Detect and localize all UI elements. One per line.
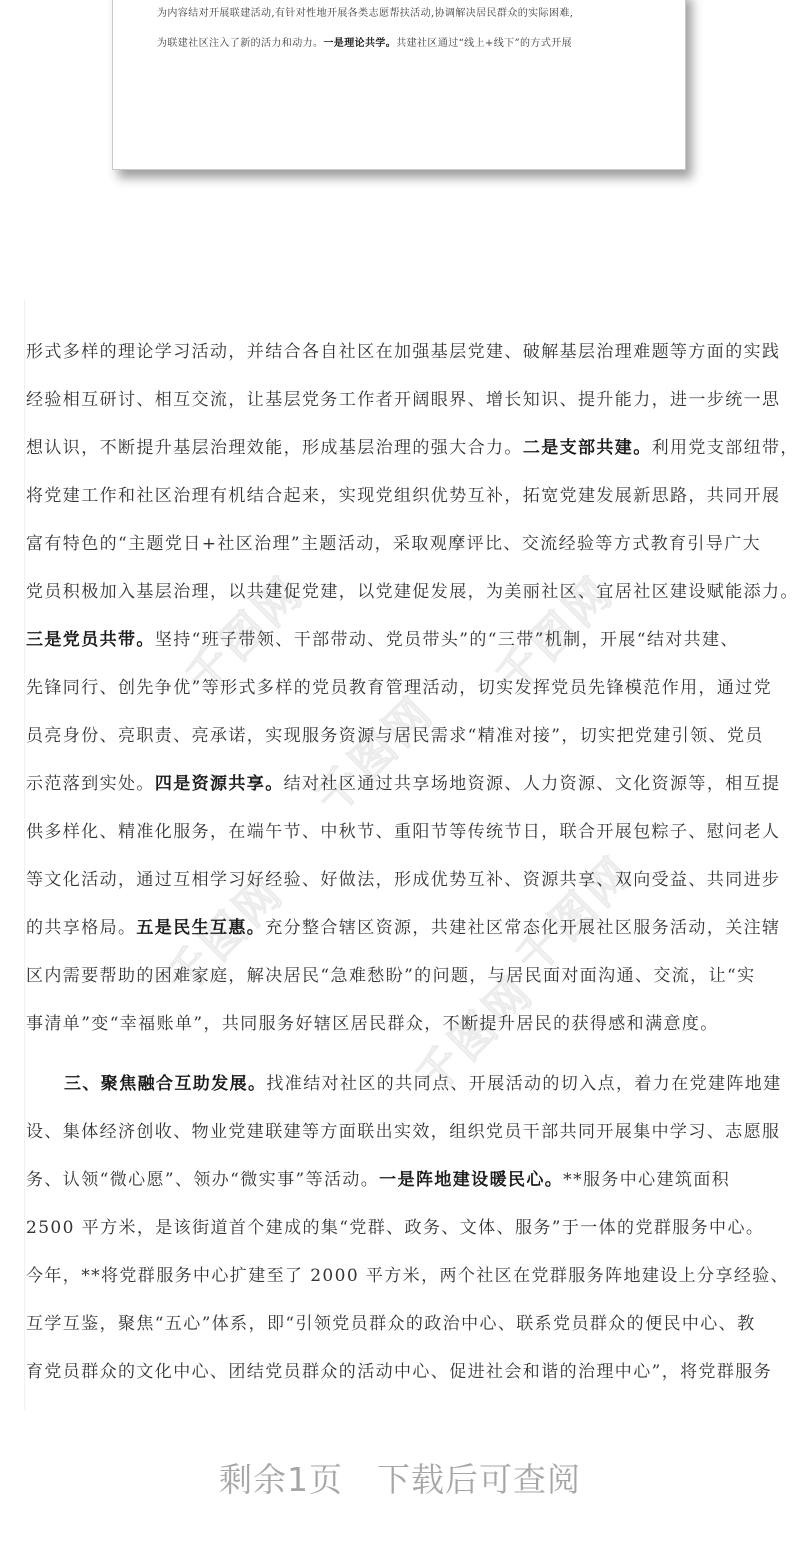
line-text: 区内需要帮助的困难家庭，解决居民“急难愁盼”的问题，与居民面对面沟通、交流，让“… bbox=[26, 966, 755, 986]
preview-line-2: 为联建社区注入了新的活力和动力。一是理论共学。共建社区通过“线上+线下”的方式开… bbox=[157, 37, 657, 51]
line-text: 供多样化、精准化服务，在端午节、中秋节、重阳节等传统节日，联合开展包粽子、慰问老… bbox=[26, 822, 780, 842]
line-text: 的共享格局。 bbox=[26, 918, 136, 938]
line-text: 务、认领“微心愿”、领办“微实事”等活动。 bbox=[26, 1170, 379, 1190]
paragraph-line: 供多样化、精准化服务，在端午节、中秋节、重阳节等传统节日，联合开展包粽子、慰问老… bbox=[26, 820, 780, 844]
subheading-bold: 四是资源共享。 bbox=[155, 774, 284, 794]
subheading-bold: 三是党员共带。 bbox=[26, 630, 155, 650]
remaining-pages-label: 剩余1页 bbox=[219, 1460, 343, 1499]
paragraph-line: 互学互鉴，聚焦“五心”体系，即“引领党员群众的政治中心、联系党员群众的便民中心、… bbox=[26, 1312, 755, 1336]
line-text: 示范落到实处。 bbox=[26, 774, 155, 794]
line-text: 富有特色的“主题党日+社区治理”主题活动，采取观摩评比、交流经验等方式教育引导广… bbox=[26, 534, 761, 554]
paragraph-line: 区内需要帮助的困难家庭，解决居民“急难愁盼”的问题，与居民面对面沟通、交流，让“… bbox=[26, 964, 755, 988]
preview-line-1-text: 为内容结对开展联建活动,有针对性地开展各类志愿帮扶活动,协调解决居民群众的实际困… bbox=[157, 8, 573, 19]
paragraph-line: 党员积极加入基层治理，以共建促党建，以党建促发展，为美丽社区、宜居社区建设赋能添… bbox=[26, 580, 799, 604]
paragraph-line: 富有特色的“主题党日+社区治理”主题活动，采取观摩评比、交流经验等方式教育引导广… bbox=[26, 532, 761, 556]
preview-line-2-heading: 一是理论共学。 bbox=[323, 38, 396, 49]
paragraph-line: 设、集体经济创收、物业党建联建等方面联出实效，组织党员干部共同开展集中学习、志愿… bbox=[26, 1120, 780, 1144]
line-text: 育党员群众的文化中心、团结党员群众的活动中心、促进社会和谐的治理中心”，将党群服… bbox=[26, 1362, 772, 1382]
line-text: **服务中心建筑面积 bbox=[563, 1170, 730, 1190]
line-text: 经验相互研讨、相互交流，让基层党务工作者开阔眼界、增长知识、提升能力，进一步统一… bbox=[26, 390, 780, 410]
subheading-bold: 五是民生互惠。 bbox=[136, 918, 265, 938]
document-page bbox=[24, 300, 777, 1410]
preview-page-card: 为内容结对开展联建活动,有针对性地开展各类志愿帮扶活动,协调解决居民群众的实际困… bbox=[112, 0, 686, 170]
line-text: 找准结对社区的共同点、开展活动的切入点，着力在党建阵地建 bbox=[266, 1074, 781, 1094]
download-prompt[interactable]: 剩余1页下载后可查阅 bbox=[0, 1458, 800, 1502]
line-text: 互学互鉴，聚焦“五心”体系，即“引领党员群众的政治中心、联系党员群众的便民中心、… bbox=[26, 1314, 755, 1334]
paragraph-line: 今年，**将党群服务中心扩建至了 2000 平方米，两个社区在党群服务阵地建设上… bbox=[26, 1264, 789, 1288]
preview-line-2-text-b: 共建社区通过“线上+线下”的方式开展 bbox=[396, 38, 572, 49]
line-text: 2500 平方米，是该街道首个建成的集“党群、政务、文体、服务”于一体的党群服务… bbox=[26, 1218, 764, 1238]
paragraph-line: 形式多样的理论学习活动，并结合各自社区在加强基层党建、破解基层治理难题等方面的实… bbox=[26, 340, 780, 364]
download-to-view-label[interactable]: 下载后可查阅 bbox=[377, 1460, 581, 1499]
paragraph-line: 务、认领“微心愿”、领办“微实事”等活动。一是阵地建设暖民心。**服务中心建筑面… bbox=[26, 1168, 730, 1192]
paragraph-line: 经验相互研讨、相互交流，让基层党务工作者开阔眼界、增长知识、提升能力，进一步统一… bbox=[26, 388, 780, 412]
line-text: 员亮身份、亮职责、亮承诺，实现服务资源与居民需求“精准对接”，切实把党建引领、党… bbox=[26, 726, 764, 746]
line-text: 利用党支部纽带， bbox=[652, 438, 799, 458]
paragraph-line: 事清单”变“幸福账单”，共同服务好辖区居民群众，不断提升居民的获得感和满意度。 bbox=[26, 1012, 719, 1036]
paragraph-line: 想认识，不断提升基层治理效能，形成基层治理的强大合力。二是支部共建。利用党支部纽… bbox=[26, 436, 799, 460]
line-text: 将党建工作和社区治理有机结合起来，实现党组织优势互补，拓宽党建发展新思路，共同开… bbox=[26, 486, 780, 506]
paragraph-line: 2500 平方米，是该街道首个建成的集“党群、政务、文体、服务”于一体的党群服务… bbox=[26, 1216, 764, 1240]
line-text: 先锋同行、创先争优”等形式多样的党员教育管理活动，切实发挥党员先锋模范作用，通过… bbox=[26, 678, 772, 698]
paragraph-line: 将党建工作和社区治理有机结合起来，实现党组织优势互补，拓宽党建发展新思路，共同开… bbox=[26, 484, 780, 508]
subheading-bold: 二是支部共建。 bbox=[523, 438, 652, 458]
paragraph-line: 等文化活动，通过互相学习好经验、好做法，形成优势互补、资源共享、双向受益、共同进… bbox=[26, 868, 780, 892]
line-text: 充分整合辖区资源，共建社区常态化开展社区服务活动，关注辖 bbox=[265, 918, 780, 938]
line-text: 坚持“班子带领、干部带动、党员带头”的“三带”机制，开展“结对共建、 bbox=[155, 630, 739, 650]
line-text: 今年，**将党群服务中心扩建至了 2000 平方米，两个社区在党群服务阵地建设上… bbox=[26, 1266, 789, 1286]
preview-line-1: 为内容结对开展联建活动,有针对性地开展各类志愿帮扶活动,协调解决居民群众的实际困… bbox=[157, 7, 657, 21]
line-text: 设、集体经济创收、物业党建联建等方面联出实效，组织党员干部共同开展集中学习、志愿… bbox=[26, 1122, 780, 1142]
section-heading: 三、聚焦融合互助发展。 bbox=[64, 1074, 266, 1094]
line-text: 想认识，不断提升基层治理效能，形成基层治理的强大合力。 bbox=[26, 438, 523, 458]
paragraph-line: 育党员群众的文化中心、团结党员群众的活动中心、促进社会和谐的治理中心”，将党群服… bbox=[26, 1360, 772, 1384]
line-text: 形式多样的理论学习活动，并结合各自社区在加强基层党建、破解基层治理难题等方面的实… bbox=[26, 342, 780, 362]
section-heading-line: 三、聚焦融合互助发展。找准结对社区的共同点、开展活动的切入点，着力在党建阵地建 bbox=[64, 1072, 782, 1096]
paragraph-line: 的共享格局。五是民生互惠。充分整合辖区资源，共建社区常态化开展社区服务活动，关注… bbox=[26, 916, 780, 940]
line-text: 结对社区通过共享场地资源、人力资源、文化资源等，相互提 bbox=[284, 774, 781, 794]
preview-line-2-text-a: 为联建社区注入了新的活力和动力。 bbox=[157, 38, 323, 49]
paragraph-line: 示范落到实处。四是资源共享。结对社区通过共享场地资源、人力资源、文化资源等，相互… bbox=[26, 772, 780, 796]
paragraph-line: 三是党员共带。坚持“班子带领、干部带动、党员带头”的“三带”机制，开展“结对共建… bbox=[26, 628, 739, 652]
line-text: 事清单”变“幸福账单”，共同服务好辖区居民群众，不断提升居民的获得感和满意度。 bbox=[26, 1014, 719, 1034]
paragraph-line: 员亮身份、亮职责、亮承诺，实现服务资源与居民需求“精准对接”，切实把党建引领、党… bbox=[26, 724, 764, 748]
line-text: 等文化活动，通过互相学习好经验、好做法，形成优势互补、资源共享、双向受益、共同进… bbox=[26, 870, 780, 890]
subheading-bold: 一是阵地建设暖民心。 bbox=[379, 1170, 563, 1190]
paragraph-line: 先锋同行、创先争优”等形式多样的党员教育管理活动，切实发挥党员先锋模范作用，通过… bbox=[26, 676, 772, 700]
line-text: 党员积极加入基层治理，以共建促党建，以党建促发展，为美丽社区、宜居社区建设赋能添… bbox=[26, 582, 799, 602]
